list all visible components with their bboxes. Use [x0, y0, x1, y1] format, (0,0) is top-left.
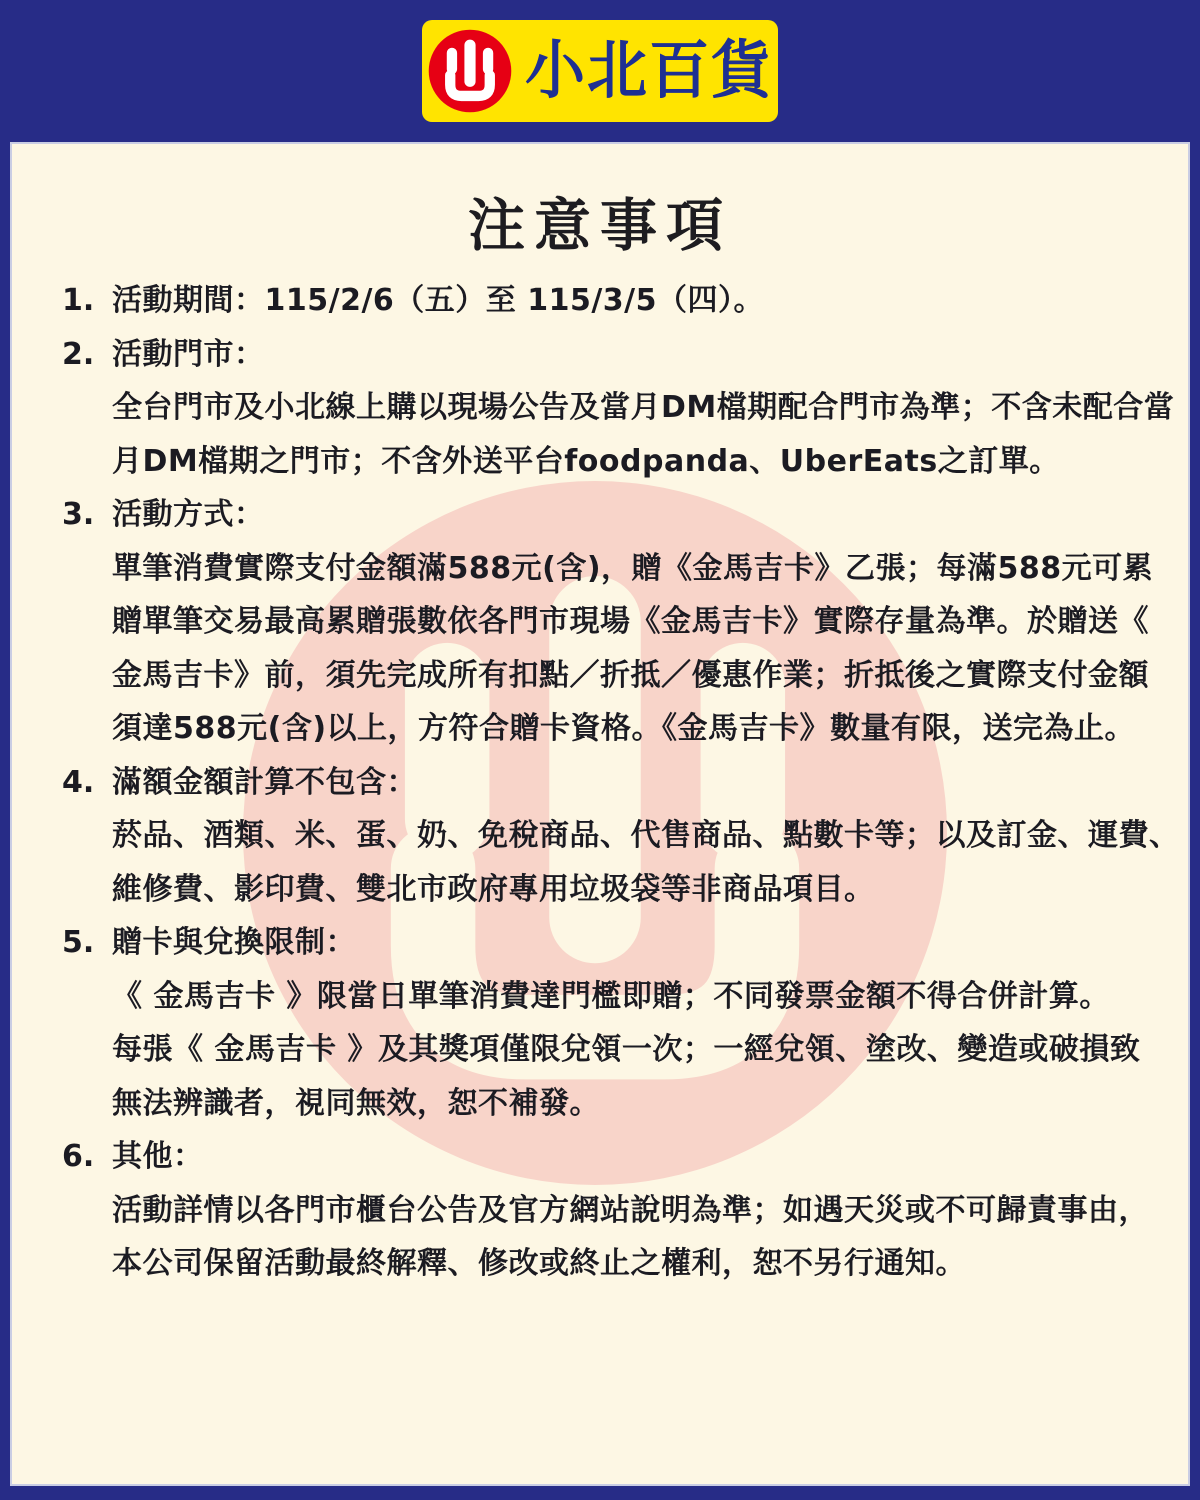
content-panel: 注意事項 1.活動期間：115/2/6（五）至 115/3/5（四）。2.活動門…: [10, 142, 1190, 1486]
notice-line: 金馬吉卡》前，須先完成所有扣點／折抵／優惠作業；折抵後之實際支付金額: [112, 649, 1158, 703]
notice-line: 菸品、酒類、米、蛋、奶、免稅商品、代售商品、點數卡等；以及訂金、運費、: [112, 809, 1158, 863]
notice-line: 滿額金額計算不包含：: [112, 756, 1158, 810]
item-number: 3.: [62, 488, 106, 542]
brand-logo: 小北百貨: [422, 20, 778, 122]
notice-line: 須達588元(含)以上，方符合贈卡資格。《金馬吉卡》數量有限，送完為止。: [112, 702, 1158, 756]
notice-line: 全台門市及小北線上購以現場公告及當月DM檔期配合門市為準；不含未配合當: [112, 381, 1158, 435]
notice-list: 1.活動期間：115/2/6（五）至 115/3/5（四）。2.活動門市：全台門…: [112, 274, 1158, 1291]
item-number: 2.: [62, 328, 106, 382]
notice-line: 單筆消費實際支付金額滿588元(含)，贈《金馬吉卡》乙張；每滿588元可累: [112, 542, 1158, 596]
notice-line: 其他：: [112, 1130, 1158, 1184]
notice-line: 無法辨識者，視同無效，恕不補發。: [112, 1077, 1158, 1131]
item-number: 4.: [62, 756, 106, 810]
notice-line: 活動門市：: [112, 328, 1158, 382]
brand-logo-text: 小北百貨: [525, 40, 773, 103]
notice-line: 贈卡與兌換限制：: [112, 916, 1158, 970]
notice-line: 維修費、影印費、雙北市政府專用垃圾袋等非商品項目。: [112, 863, 1158, 917]
notice-title: 注意事項: [12, 180, 1188, 262]
notice-line: 活動期間：115/2/6（五）至 115/3/5（四）。: [112, 274, 1158, 328]
notice-line: 每張《 金馬吉卡 》及其獎項僅限兌領一次；一經兌領、塗改、變造或破損致: [112, 1023, 1158, 1077]
item-number: 6.: [62, 1130, 106, 1184]
chu-circle-icon: [427, 28, 513, 114]
notice-line: 活動詳情以各門市櫃台公告及官方網站說明為準；如遇天災或不可歸責事由，: [112, 1184, 1158, 1238]
header-band: 小北百貨: [0, 0, 1200, 142]
notice-item: 4.滿額金額計算不包含：菸品、酒類、米、蛋、奶、免稅商品、代售商品、點數卡等；以…: [112, 756, 1158, 917]
notice-item: 3.活動方式：單筆消費實際支付金額滿588元(含)，贈《金馬吉卡》乙張；每滿58…: [112, 488, 1158, 756]
notice-line: 月DM檔期之門市；不含外送平台foodpanda、UberEats之訂單。: [112, 435, 1158, 489]
item-number: 1.: [62, 274, 106, 328]
notice-line: 活動方式：: [112, 488, 1158, 542]
notice-item: 2.活動門市：全台門市及小北線上購以現場公告及當月DM檔期配合門市為準；不含未配…: [112, 328, 1158, 489]
notice-item: 5.贈卡與兌換限制：《 金馬吉卡 》限當日單筆消費達門檻即贈；不同發票金額不得合…: [112, 916, 1158, 1130]
notice-line: 本公司保留活動最終解釋、修改或終止之權利，恕不另行通知。: [112, 1237, 1158, 1291]
item-number: 5.: [62, 916, 106, 970]
notice-line: 贈單筆交易最高累贈張數依各門市現場《金馬吉卡》實際存量為準。於贈送《: [112, 595, 1158, 649]
notice-item: 1.活動期間：115/2/6（五）至 115/3/5（四）。: [112, 274, 1158, 328]
notice-item: 6.其他：活動詳情以各門市櫃台公告及官方網站說明為準；如遇天災或不可歸責事由，本…: [112, 1130, 1158, 1291]
notice-line: 《 金馬吉卡 》限當日單筆消費達門檻即贈；不同發票金額不得合併計算。: [112, 970, 1158, 1024]
